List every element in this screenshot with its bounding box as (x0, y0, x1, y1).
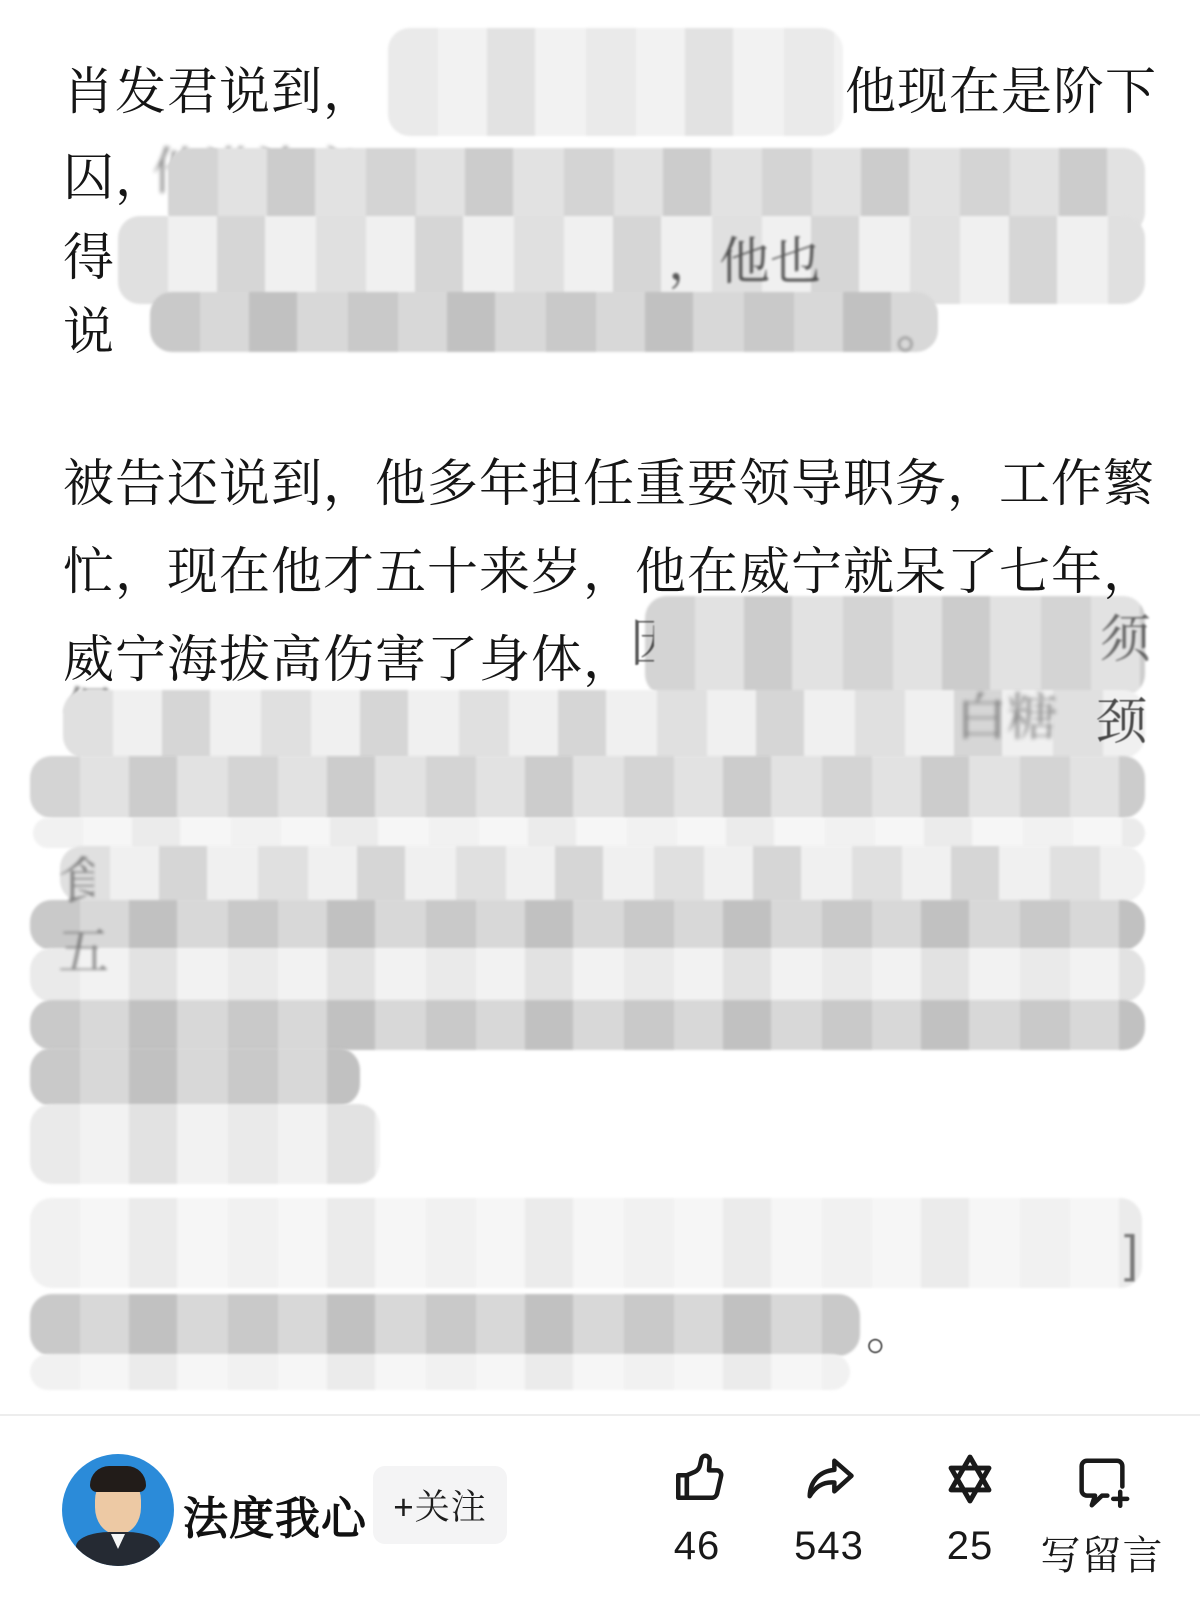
mosaic-redaction (60, 846, 1145, 902)
follow-button[interactable]: +关注 (373, 1466, 507, 1544)
p1-line4: 说 (63, 300, 115, 364)
comment-icon (1072, 1448, 1132, 1510)
mosaic-redaction (30, 1048, 360, 1106)
p1-line1-right: 他现在是阶下 (845, 60, 1157, 124)
write-comment-button[interactable]: 写留言 (1032, 1448, 1172, 1581)
star-button[interactable]: 25 (900, 1448, 1040, 1569)
p2-line1: 被告还说到，他多年担任重要领导职务，工作繁 (63, 452, 1155, 516)
p2-line2: 忙，现在他才五十来岁，他在威宁就呆了七年， (63, 540, 1155, 604)
footer-divider (0, 1414, 1200, 1416)
p1-line3: 得 (63, 226, 115, 290)
mosaic-redaction (30, 1104, 380, 1184)
like-button[interactable]: 46 (627, 1448, 767, 1569)
article-page: 肖发君说到， 他现在是阶下 囚， 得 说 被告还说到，他多年担任重要领导职务，工… (0, 0, 1200, 1613)
mosaic-redaction (388, 28, 843, 136)
mosaic-redaction (30, 1000, 1145, 1050)
share-button[interactable]: 543 (759, 1448, 899, 1569)
p1-line1-left: 肖发君说到， (63, 60, 375, 124)
mosaic-redaction (150, 292, 938, 352)
mosaic-redaction (30, 1198, 1142, 1288)
obscured-text-fragment: 。 (866, 1300, 917, 1364)
mosaic-redaction (30, 900, 1145, 950)
share-count: 543 (794, 1524, 864, 1569)
p1-line2: 囚， (63, 146, 167, 210)
like-count: 46 (674, 1524, 721, 1569)
star-icon (939, 1448, 1001, 1510)
star-count: 25 (947, 1524, 994, 1569)
mosaic-redaction (63, 690, 1145, 758)
author-name[interactable]: 法度我心 (183, 1482, 367, 1547)
mosaic-redaction (30, 1354, 850, 1390)
mosaic-redaction (118, 216, 1145, 304)
like-icon (667, 1448, 727, 1510)
mosaic-redaction (33, 818, 1145, 848)
p2-line3: 威宁海拔高伤害了身体， (63, 628, 635, 692)
mosaic-redaction (30, 1294, 860, 1356)
mosaic-redaction (645, 596, 1145, 696)
write-comment-label: 写留言 (1041, 1524, 1164, 1581)
avatar-hair (90, 1466, 146, 1492)
mosaic-redaction (30, 756, 1145, 818)
share-icon (799, 1448, 859, 1510)
mosaic-redaction (30, 948, 1145, 1002)
author-avatar[interactable] (62, 1454, 174, 1566)
